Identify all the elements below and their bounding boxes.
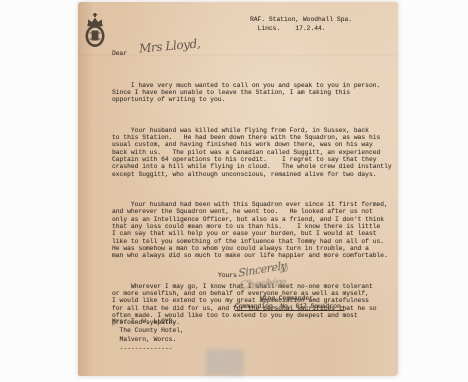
salutation: DearMrs Lloyd, <box>112 42 200 60</box>
letter-page: RAF. Station, Woodhall Spa. Lincs. 17.2.… <box>78 2 398 376</box>
royal-crest-icon <box>83 13 107 47</box>
closing-typed: Yours <box>218 272 237 279</box>
salutation-handwritten-name: Mrs Lloyd, <box>139 36 201 55</box>
letterhead-address: RAF. Station, Woodhall Spa. Lincs. 17.2.… <box>250 15 352 33</box>
paragraph-3: Your husband had been with this Squadron… <box>112 201 392 260</box>
salutation-typed: Dear <box>112 50 127 57</box>
paragraph-1: I have very much wanted to call on you a… <box>112 82 392 104</box>
recipient-address-block: Mrs. T. W. LLOYD, The County Hotel, Malv… <box>112 317 184 353</box>
scanned-letter-photo: RAF. Station, Woodhall Spa. Lincs. 17.2.… <box>0 0 468 382</box>
signer-command: Commanding, No. 617 Squadron. <box>235 303 345 310</box>
letterhead-line2-date: Lincs. 17.2.44. <box>250 25 326 32</box>
letterhead-line1: RAF. Station, Woodhall Spa. <box>250 16 352 23</box>
paragraph-2: Your husband was killed while flying fro… <box>112 127 392 178</box>
paper-stain <box>206 348 245 376</box>
signer-rank: Wing Commander, <box>260 295 317 302</box>
